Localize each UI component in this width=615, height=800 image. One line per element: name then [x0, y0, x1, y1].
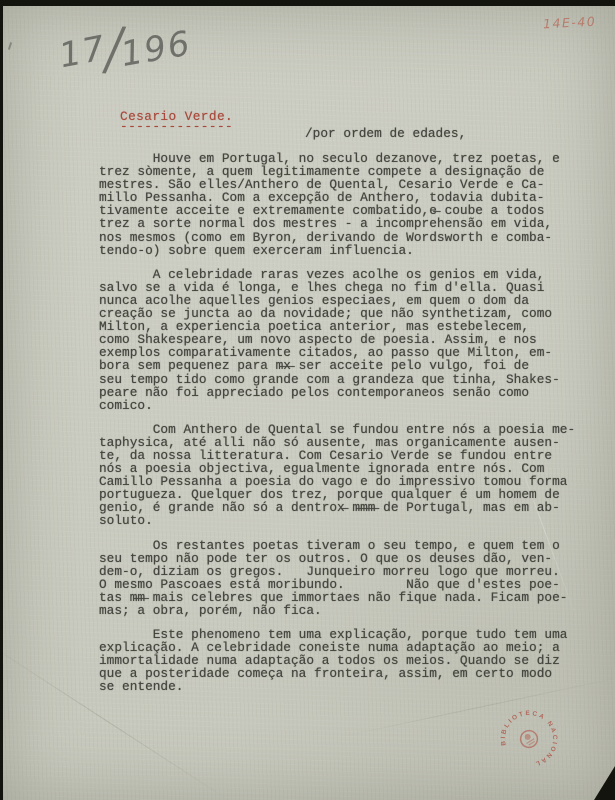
shelfmark: 14E-40	[543, 14, 597, 32]
paragraph-4: Os restantes poetas tiveram o seu tempo,…	[99, 539, 599, 618]
title-underline: --------------	[120, 119, 233, 134]
document-body: Houve em Portugal, no seculo dezanove, t…	[99, 152, 599, 705]
stamp-emblem	[517, 727, 540, 750]
folio-right: 196	[118, 23, 195, 75]
paragraph-5: Este phenomeno tem uma explicação, porqu…	[99, 628, 599, 693]
byline: /por ordem de edades,	[305, 126, 466, 141]
pencil-mark	[8, 42, 12, 50]
biblioteca-nacional-stamp: BIBLIOTECA NACIONAL	[481, 691, 577, 787]
paragraph-3: Com Anthero de Quental se fundou entre n…	[99, 423, 599, 528]
document-page: 17 / 196 14E-40 Cesario Verde. ---------…	[3, 6, 615, 800]
folio-number: 17 / 196	[56, 10, 194, 84]
folio-left: 17	[56, 28, 110, 76]
paragraph-2: A celebridade raras vezes acolhe os geni…	[99, 268, 599, 412]
paragraph-1: Houve em Portugal, no seculo dezanove, t…	[99, 152, 599, 257]
